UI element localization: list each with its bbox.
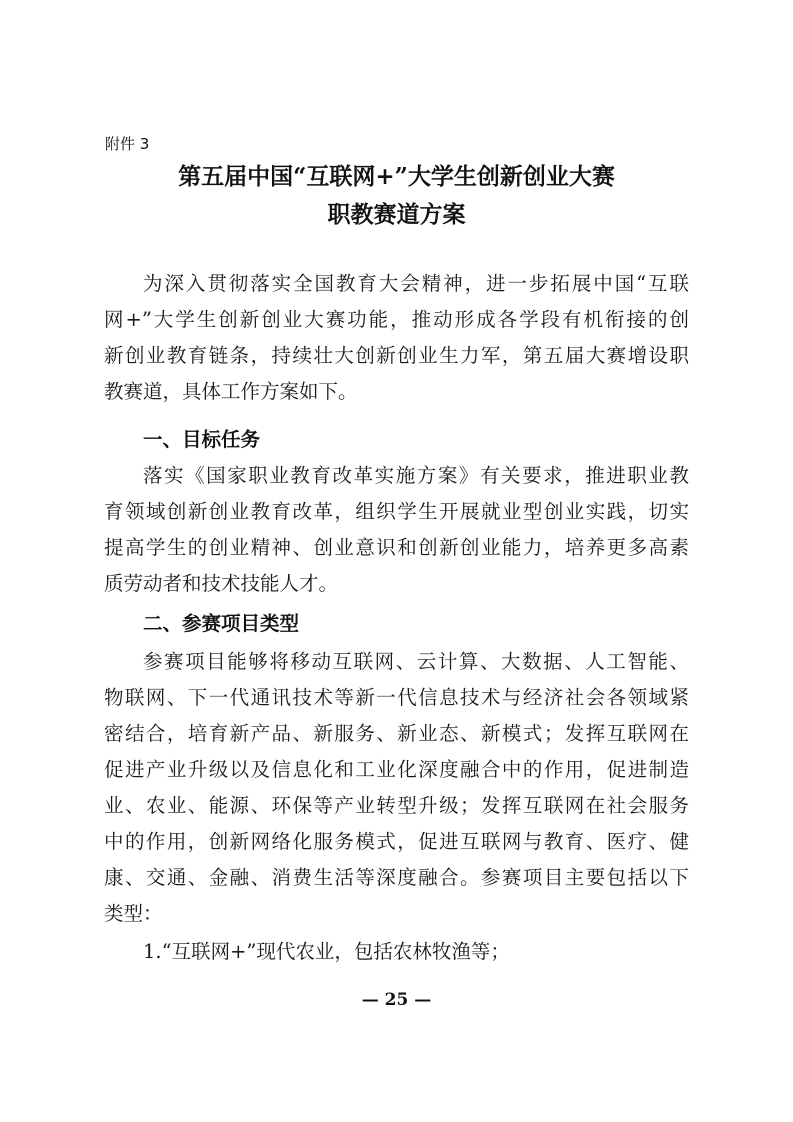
paragraph-line: 网+”大学生创新创业大赛功能，推动形成各学段有机衔接的创 bbox=[104, 302, 689, 338]
paragraph-line: 类型： bbox=[104, 896, 163, 932]
paragraph-line: 育领域创新创业教育改革，组织学生开展就业型创业实践，切实 bbox=[104, 494, 689, 530]
section-heading-project-types: 二、参赛项目类型 bbox=[143, 606, 299, 642]
paragraph-line: 提高学生的创业精神、创业意识和创新创业能力，培养更多高素 bbox=[104, 530, 689, 566]
document-title-line-1: 第五届中国“互联网+”大学生创新创业大赛 bbox=[0, 162, 793, 192]
paragraph-line: 参赛项目能够将移动互联网、云计算、大数据、人工智能、 bbox=[143, 644, 689, 680]
document-title-line-2: 职教赛道方案 bbox=[0, 200, 793, 230]
paragraph-line: 落实《国家职业教育改革实施方案》有关要求，推进职业教 bbox=[143, 458, 689, 494]
paragraph-line: 中的作用，创新网络化服务模式，促进互联网与教育、医疗、健 bbox=[104, 824, 689, 860]
paragraph-line: 康、交通、金融、消费生活等深度融合。参赛项目主要包括以下 bbox=[104, 860, 689, 896]
page-number: — 25 — bbox=[0, 988, 793, 1012]
paragraph-line: 为深入贯彻落实全国教育大会精神，进一步拓展中国“互联 bbox=[143, 266, 689, 302]
paragraph-line: 质劳动者和技术技能人才。 bbox=[104, 566, 338, 602]
paragraph-line: 物联网、下一代通讯技术等新一代信息技术与经济社会各领域紧 bbox=[104, 680, 689, 716]
section-heading-goals: 一、目标任务 bbox=[143, 422, 260, 458]
list-item: 1.“互联网+”现代农业，包括农林牧渔等； bbox=[143, 934, 689, 970]
attachment-label: 附件 3 bbox=[105, 134, 149, 154]
paragraph-line: 业、农业、能源、环保等产业转型升级；发挥互联网在社会服务 bbox=[104, 788, 689, 824]
paragraph-line: 密结合，培育新产品、新服务、新业态、新模式；发挥互联网在 bbox=[104, 716, 689, 752]
paragraph-line: 促进产业升级以及信息化和工业化深度融合中的作用，促进制造 bbox=[104, 752, 689, 788]
paragraph-line: 新创业教育链条，持续壮大创新创业生力军，第五届大赛增设职 bbox=[104, 338, 689, 374]
document-page: 附件 3 第五届中国“互联网+”大学生创新创业大赛 职教赛道方案 为深入贯彻落实… bbox=[0, 0, 793, 1122]
paragraph-line: 教赛道，具体工作方案如下。 bbox=[104, 374, 358, 410]
